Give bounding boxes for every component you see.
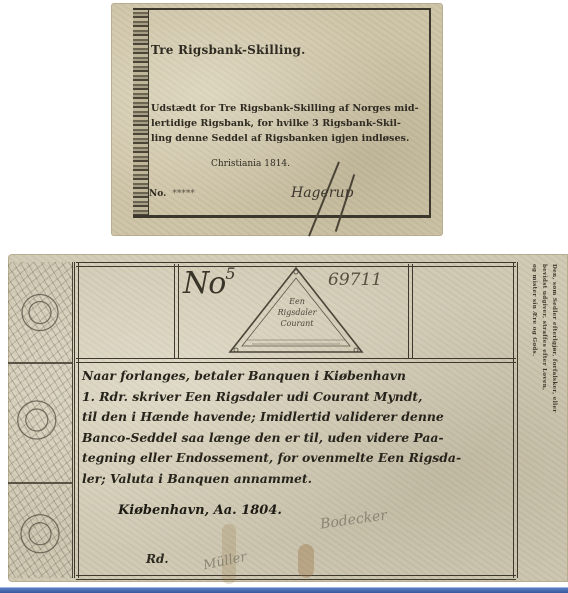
ornament-divider [8, 482, 72, 484]
side-line: bevidst udgiver, straffes efter Loven, [541, 264, 547, 574]
banknote-1-rigsdaler-courant: No5 69711 Een Rigsdaler Courant Naar for… [8, 254, 568, 582]
body-line: lertidige Rigsbank, for hvilke 3 Rigsban… [151, 116, 419, 131]
ornament-divider [8, 362, 72, 364]
side-line: og mister sin Ære og Gods. [531, 264, 537, 574]
place-date: Christiania 1814. [211, 159, 290, 169]
note-title: Tre Rigsbank-Skilling. [151, 43, 305, 57]
body-line: ler; Valuta i Banquen annammet. [82, 469, 512, 490]
body-line: Banco-Seddel saa længe den er til, uden … [82, 428, 512, 449]
signature: Hagerup [291, 185, 353, 201]
frame-left-border [74, 262, 79, 578]
number-label: No. [149, 189, 166, 199]
body-line: ling denne Seddel af Rigsbanken igjen in… [151, 131, 419, 146]
serial-number: ***** [172, 189, 195, 199]
triangle-line: Courant [252, 318, 342, 329]
bottom-bar [0, 587, 568, 593]
frame-right-border [513, 262, 518, 578]
banknote-3-rigsbank-skilling: Tre Rigsbank-Skilling. Udstædt for Tre R… [111, 3, 443, 236]
body-line: 1. Rdr. skriver Een Rigsdaler udi Couran… [82, 387, 512, 408]
signature: Bodecker [319, 507, 388, 532]
body-line: til den i Hænde havende; Imidlertid vali… [82, 407, 512, 428]
frame-bottom-border [76, 575, 516, 580]
place-date: Kiøbenhavn, Aa. 1804. [118, 503, 282, 518]
body-line: tegning eller Endossement, for ovenmelte… [82, 448, 512, 469]
side-warning-text: Den, som Sedler efterlgjør, forfalsker, … [521, 264, 561, 574]
ornamental-scroll-border [8, 262, 73, 578]
body-line: Naar forlanges, betaler Banquen i Kiøben… [82, 366, 512, 387]
side-line: Den, som Sedler efterlgjør, forfalsker, … [551, 264, 557, 574]
note-body-text: Naar forlanges, betaler Banquen i Kiøben… [82, 366, 512, 489]
number-prefix: No [183, 266, 225, 301]
triangle-text: Een Rigsdaler Courant [252, 296, 342, 329]
triangle-line: Rigsdaler [252, 307, 342, 318]
triangle-line: Een [252, 296, 342, 307]
rd-label: Rd. [146, 552, 169, 566]
stain [298, 544, 314, 578]
frame-divider [174, 264, 179, 358]
frame-divider [408, 264, 413, 358]
frame-middle-border [76, 358, 516, 363]
note-body-text: Udstædt for Tre Rigsbank-Skilling af Nor… [151, 101, 419, 146]
body-line: Udstædt for Tre Rigsbank-Skilling af Nor… [151, 101, 419, 116]
number-field: No. ***** [149, 189, 195, 199]
